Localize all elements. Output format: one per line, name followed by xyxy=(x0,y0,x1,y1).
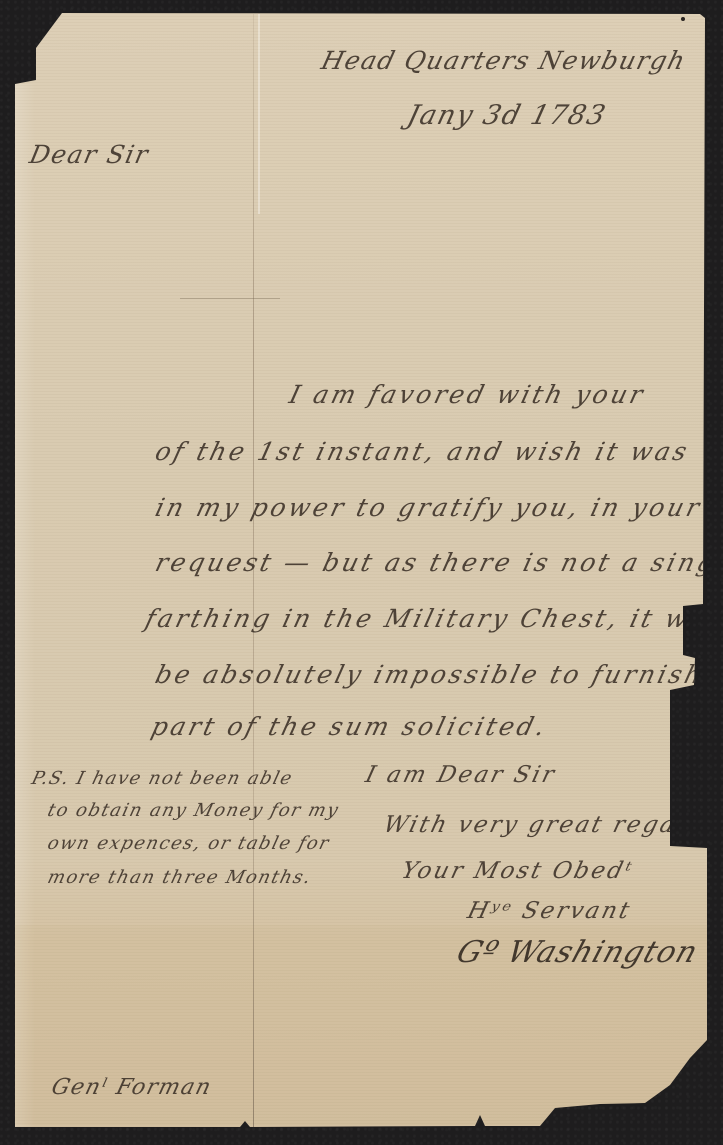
addressee: Genˡ Forman xyxy=(49,1075,215,1100)
pin-hole xyxy=(681,17,685,21)
signature: Gº Washington xyxy=(452,935,702,970)
postscript-line: P.S. I have not been able xyxy=(29,768,295,789)
body-line: of the 1st instant, and wish it was xyxy=(152,437,692,466)
horizontal-fold-mark xyxy=(180,298,280,299)
body-line: request — but as there is not a single xyxy=(152,548,723,577)
closing-line: I am Dear Sir xyxy=(363,762,559,788)
body-line: I am favored with your xyxy=(286,380,648,409)
body-line: part of the sum solicited. xyxy=(148,712,550,741)
letter-paper: Head Quarters Newburgh Jany 3d 1783 Dear… xyxy=(0,0,723,1145)
salutation: Dear Sir xyxy=(27,140,152,169)
closing-line: Hʸᵉ Servant xyxy=(465,898,635,924)
postscript-line: to obtain any Money for my xyxy=(45,800,341,821)
heading-place: Head Quarters Newburgh xyxy=(318,46,689,75)
body-line: in my power to gratify you, in your xyxy=(152,493,705,522)
body-line: be absolutely impossible to furnish any xyxy=(152,660,723,689)
postscript-line: own expences, or table for xyxy=(45,833,332,854)
fold-highlight xyxy=(258,14,260,214)
closing-line: Your Most Obedᵗ xyxy=(399,858,636,884)
heading-date: Jany 3d 1783 xyxy=(404,100,610,131)
body-line: farthing in the Military Chest, it will xyxy=(142,604,723,633)
postscript-line: more than three Months. xyxy=(45,867,314,888)
